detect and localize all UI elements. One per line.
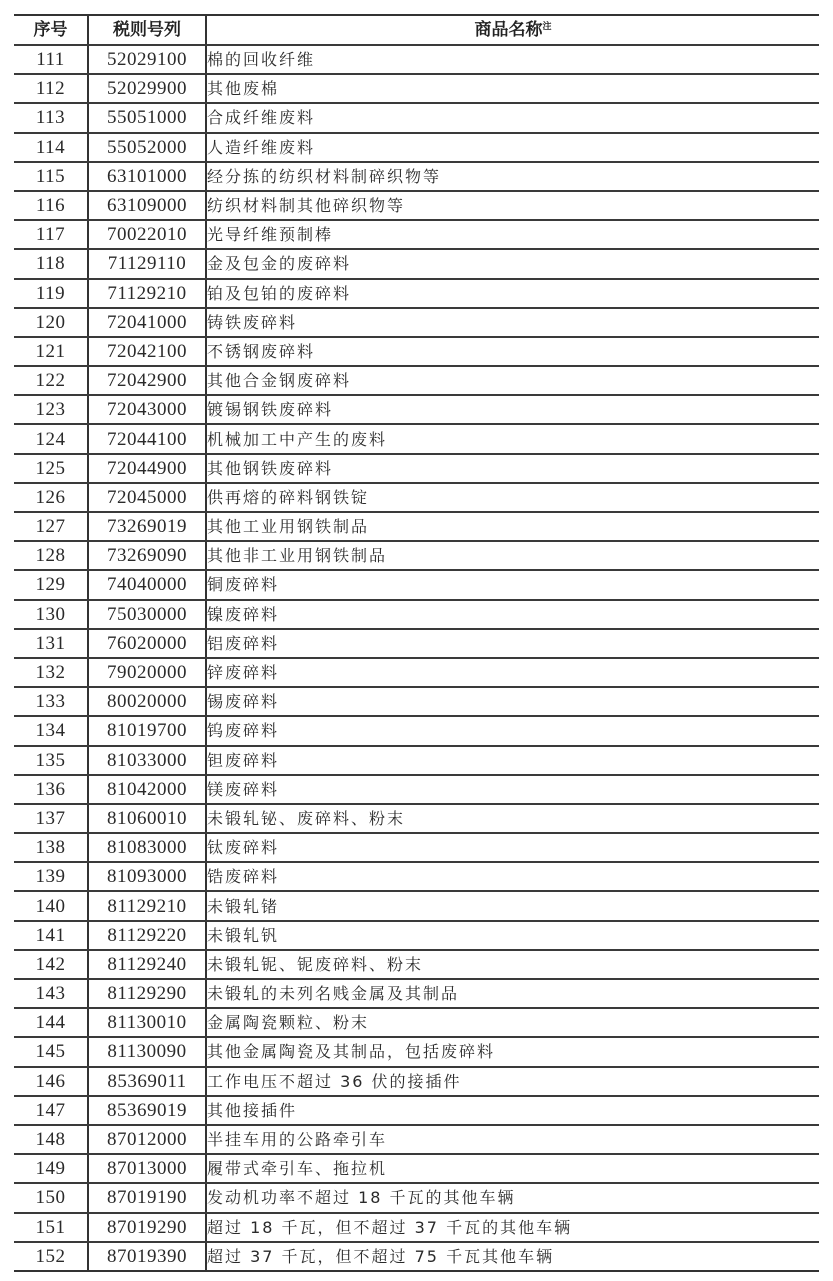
row-product-name: 钛废碎料 — [206, 833, 819, 862]
header-name-label: 商品名称 — [474, 20, 542, 40]
table-row: 14381129290未锻轧的未列名贱金属及其制品 — [14, 979, 819, 1008]
row-tariff-code: 55052000 — [88, 133, 206, 162]
row-product-name: 人造纤维废料 — [206, 133, 819, 162]
row-tariff-code: 81129220 — [88, 921, 206, 950]
table-row: 11770022010光导纤维预制棒 — [14, 220, 819, 249]
row-seq: 112 — [14, 74, 88, 103]
header-name-footnote-mark: 注 — [542, 22, 551, 32]
row-product-name: 镀锡钢铁废碎料 — [206, 395, 819, 424]
row-seq: 118 — [14, 249, 88, 278]
row-product-name: 发动机功率不超过 18 千瓦的其他车辆 — [206, 1183, 819, 1212]
row-tariff-code: 87019190 — [88, 1183, 206, 1212]
row-seq: 149 — [14, 1154, 88, 1183]
header-code: 税则号列 — [88, 15, 206, 45]
row-tariff-code: 72042900 — [88, 366, 206, 395]
row-tariff-code: 81019700 — [88, 716, 206, 745]
row-seq: 140 — [14, 891, 88, 920]
table-row: 14887012000半挂车用的公路牵引车 — [14, 1125, 819, 1154]
row-tariff-code: 52029900 — [88, 74, 206, 103]
row-seq: 113 — [14, 103, 88, 132]
row-tariff-code: 75030000 — [88, 600, 206, 629]
table-row: 12172042100不锈钢废碎料 — [14, 337, 819, 366]
row-tariff-code: 55051000 — [88, 103, 206, 132]
row-tariff-code: 87012000 — [88, 1125, 206, 1154]
row-seq: 145 — [14, 1037, 88, 1066]
row-tariff-code: 72044900 — [88, 454, 206, 483]
row-seq: 115 — [14, 162, 88, 191]
row-product-name: 铂及包铂的废碎料 — [206, 279, 819, 308]
tariff-items-table: 序号 税则号列 商品名称注 11152029100棉的回收纤维112520299… — [14, 14, 819, 1272]
row-product-name: 其他非工业用钢铁制品 — [206, 541, 819, 570]
header-name: 商品名称注 — [206, 15, 819, 45]
table-row: 12072041000铸铁废碎料 — [14, 308, 819, 337]
table-row: 11971129210铂及包铂的废碎料 — [14, 279, 819, 308]
table-row: 14785369019其他接插件 — [14, 1096, 819, 1125]
row-seq: 111 — [14, 45, 88, 74]
row-tariff-code: 80020000 — [88, 687, 206, 716]
row-tariff-code: 81129240 — [88, 950, 206, 979]
row-seq: 151 — [14, 1213, 88, 1242]
row-product-name: 铸铁废碎料 — [206, 308, 819, 337]
row-seq: 143 — [14, 979, 88, 1008]
table-row: 12472044100机械加工中产生的废料 — [14, 424, 819, 453]
row-tariff-code: 87013000 — [88, 1154, 206, 1183]
row-product-name: 未锻轧的未列名贱金属及其制品 — [206, 979, 819, 1008]
table-row: 14581130090其他金属陶瓷及其制品，包括废碎料 — [14, 1037, 819, 1066]
row-product-name: 超过 18 千瓦，但不超过 37 千瓦的其他车辆 — [206, 1213, 819, 1242]
row-seq: 150 — [14, 1183, 88, 1212]
row-product-name: 锡废碎料 — [206, 687, 819, 716]
row-seq: 132 — [14, 658, 88, 687]
row-product-name: 不锈钢废碎料 — [206, 337, 819, 366]
table-row: 12773269019其他工业用钢铁制品 — [14, 512, 819, 541]
row-tariff-code: 81129210 — [88, 891, 206, 920]
row-seq: 131 — [14, 629, 88, 658]
row-product-name: 超过 37 千瓦，但不超过 75 千瓦其他车辆 — [206, 1242, 819, 1271]
row-product-name: 其他钢铁废碎料 — [206, 454, 819, 483]
row-tariff-code: 71129210 — [88, 279, 206, 308]
row-tariff-code: 76020000 — [88, 629, 206, 658]
row-seq: 147 — [14, 1096, 88, 1125]
row-tariff-code: 72044100 — [88, 424, 206, 453]
row-tariff-code: 70022010 — [88, 220, 206, 249]
row-product-name: 合成纤维废料 — [206, 103, 819, 132]
row-tariff-code: 85369011 — [88, 1067, 206, 1096]
row-seq: 127 — [14, 512, 88, 541]
row-product-name: 其他接插件 — [206, 1096, 819, 1125]
table-row: 11355051000合成纤维废料 — [14, 103, 819, 132]
row-product-name: 纺织材料制其他碎织物等 — [206, 191, 819, 220]
row-tariff-code: 73269090 — [88, 541, 206, 570]
row-product-name: 其他合金钢废碎料 — [206, 366, 819, 395]
table-row: 13981093000锆废碎料 — [14, 862, 819, 891]
row-seq: 120 — [14, 308, 88, 337]
table-row: 12672045000供再熔的碎料钢铁锭 — [14, 483, 819, 512]
table-header-row: 序号 税则号列 商品名称注 — [14, 15, 819, 45]
row-seq: 148 — [14, 1125, 88, 1154]
row-tariff-code: 71129110 — [88, 249, 206, 278]
row-tariff-code: 81083000 — [88, 833, 206, 862]
table-row: 13781060010未锻轧铋、废碎料、粉末 — [14, 804, 819, 833]
row-product-name: 供再熔的碎料钢铁锭 — [206, 483, 819, 512]
row-seq: 144 — [14, 1008, 88, 1037]
row-product-name: 未锻轧铌、铌废碎料、粉末 — [206, 950, 819, 979]
table-row: 12974040000铜废碎料 — [14, 570, 819, 599]
header-seq: 序号 — [14, 15, 88, 45]
row-tariff-code: 81130010 — [88, 1008, 206, 1037]
table-row: 13881083000钛废碎料 — [14, 833, 819, 862]
row-product-name: 半挂车用的公路牵引车 — [206, 1125, 819, 1154]
table-row: 15087019190发动机功率不超过 18 千瓦的其他车辆 — [14, 1183, 819, 1212]
row-product-name: 镁废碎料 — [206, 775, 819, 804]
table-row: 13581033000钽废碎料 — [14, 746, 819, 775]
table-row: 14685369011工作电压不超过 36 伏的接插件 — [14, 1067, 819, 1096]
row-product-name: 其他废棉 — [206, 74, 819, 103]
row-tariff-code: 81130090 — [88, 1037, 206, 1066]
row-seq: 123 — [14, 395, 88, 424]
row-tariff-code: 63101000 — [88, 162, 206, 191]
row-tariff-code: 72042100 — [88, 337, 206, 366]
row-tariff-code: 85369019 — [88, 1096, 206, 1125]
table-row: 13279020000锌废碎料 — [14, 658, 819, 687]
row-seq: 139 — [14, 862, 88, 891]
row-tariff-code: 72043000 — [88, 395, 206, 424]
table-row: 15187019290超过 18 千瓦，但不超过 37 千瓦的其他车辆 — [14, 1213, 819, 1242]
row-seq: 133 — [14, 687, 88, 716]
row-seq: 146 — [14, 1067, 88, 1096]
row-product-name: 金属陶瓷颗粒、粉末 — [206, 1008, 819, 1037]
table-row: 13481019700钨废碎料 — [14, 716, 819, 745]
row-product-name: 其他金属陶瓷及其制品，包括废碎料 — [206, 1037, 819, 1066]
table-row: 11455052000人造纤维废料 — [14, 133, 819, 162]
row-tariff-code: 81129290 — [88, 979, 206, 1008]
row-tariff-code: 81060010 — [88, 804, 206, 833]
row-tariff-code: 81033000 — [88, 746, 206, 775]
row-tariff-code: 73269019 — [88, 512, 206, 541]
row-product-name: 钽废碎料 — [206, 746, 819, 775]
table-row: 11871129110金及包金的废碎料 — [14, 249, 819, 278]
row-seq: 124 — [14, 424, 88, 453]
row-product-name: 金及包金的废碎料 — [206, 249, 819, 278]
row-tariff-code: 81042000 — [88, 775, 206, 804]
row-product-name: 锆废碎料 — [206, 862, 819, 891]
table-body: 11152029100棉的回收纤维11252029900其他废棉11355051… — [14, 45, 819, 1271]
table-row: 14081129210未锻轧锗 — [14, 891, 819, 920]
row-tariff-code: 74040000 — [88, 570, 206, 599]
row-tariff-code: 87019390 — [88, 1242, 206, 1271]
row-seq: 142 — [14, 950, 88, 979]
row-seq: 135 — [14, 746, 88, 775]
row-product-name: 未锻轧锗 — [206, 891, 819, 920]
table-row: 12272042900其他合金钢废碎料 — [14, 366, 819, 395]
row-tariff-code: 63109000 — [88, 191, 206, 220]
row-product-name: 未锻轧铋、废碎料、粉末 — [206, 804, 819, 833]
row-product-name: 铜废碎料 — [206, 570, 819, 599]
table-row: 12572044900其他钢铁废碎料 — [14, 454, 819, 483]
row-product-name: 履带式牵引车、拖拉机 — [206, 1154, 819, 1183]
table-row: 11152029100棉的回收纤维 — [14, 45, 819, 74]
row-seq: 116 — [14, 191, 88, 220]
row-product-name: 光导纤维预制棒 — [206, 220, 819, 249]
row-seq: 129 — [14, 570, 88, 599]
table-row: 14481130010金属陶瓷颗粒、粉末 — [14, 1008, 819, 1037]
row-seq: 152 — [14, 1242, 88, 1271]
row-product-name: 工作电压不超过 36 伏的接插件 — [206, 1067, 819, 1096]
row-seq: 117 — [14, 220, 88, 249]
row-seq: 134 — [14, 716, 88, 745]
row-product-name: 机械加工中产生的废料 — [206, 424, 819, 453]
row-product-name: 未锻轧钒 — [206, 921, 819, 950]
row-product-name: 铝废碎料 — [206, 629, 819, 658]
row-seq: 136 — [14, 775, 88, 804]
row-product-name: 棉的回收纤维 — [206, 45, 819, 74]
row-seq: 130 — [14, 600, 88, 629]
row-seq: 121 — [14, 337, 88, 366]
table-row: 12372043000镀锡钢铁废碎料 — [14, 395, 819, 424]
row-seq: 138 — [14, 833, 88, 862]
row-seq: 122 — [14, 366, 88, 395]
table-row: 12873269090其他非工业用钢铁制品 — [14, 541, 819, 570]
row-product-name: 经分拣的纺织材料制碎织物等 — [206, 162, 819, 191]
table-row: 15287019390超过 37 千瓦，但不超过 75 千瓦其他车辆 — [14, 1242, 819, 1271]
table-row: 13075030000镍废碎料 — [14, 600, 819, 629]
row-product-name: 锌废碎料 — [206, 658, 819, 687]
row-product-name: 其他工业用钢铁制品 — [206, 512, 819, 541]
table-row: 11563101000经分拣的纺织材料制碎织物等 — [14, 162, 819, 191]
row-seq: 126 — [14, 483, 88, 512]
table-row: 11663109000纺织材料制其他碎织物等 — [14, 191, 819, 220]
row-product-name: 钨废碎料 — [206, 716, 819, 745]
row-seq: 141 — [14, 921, 88, 950]
row-seq: 128 — [14, 541, 88, 570]
row-tariff-code: 87019290 — [88, 1213, 206, 1242]
row-product-name: 镍废碎料 — [206, 600, 819, 629]
table-row: 11252029900其他废棉 — [14, 74, 819, 103]
table-row: 13176020000铝废碎料 — [14, 629, 819, 658]
table-row: 14281129240未锻轧铌、铌废碎料、粉末 — [14, 950, 819, 979]
row-tariff-code: 79020000 — [88, 658, 206, 687]
row-tariff-code: 72041000 — [88, 308, 206, 337]
row-tariff-code: 72045000 — [88, 483, 206, 512]
row-tariff-code: 52029100 — [88, 45, 206, 74]
table-row: 14987013000履带式牵引车、拖拉机 — [14, 1154, 819, 1183]
row-seq: 114 — [14, 133, 88, 162]
row-seq: 119 — [14, 279, 88, 308]
table-row: 13681042000镁废碎料 — [14, 775, 819, 804]
table-row: 13380020000锡废碎料 — [14, 687, 819, 716]
row-tariff-code: 81093000 — [88, 862, 206, 891]
row-seq: 137 — [14, 804, 88, 833]
table-row: 14181129220未锻轧钒 — [14, 921, 819, 950]
row-seq: 125 — [14, 454, 88, 483]
